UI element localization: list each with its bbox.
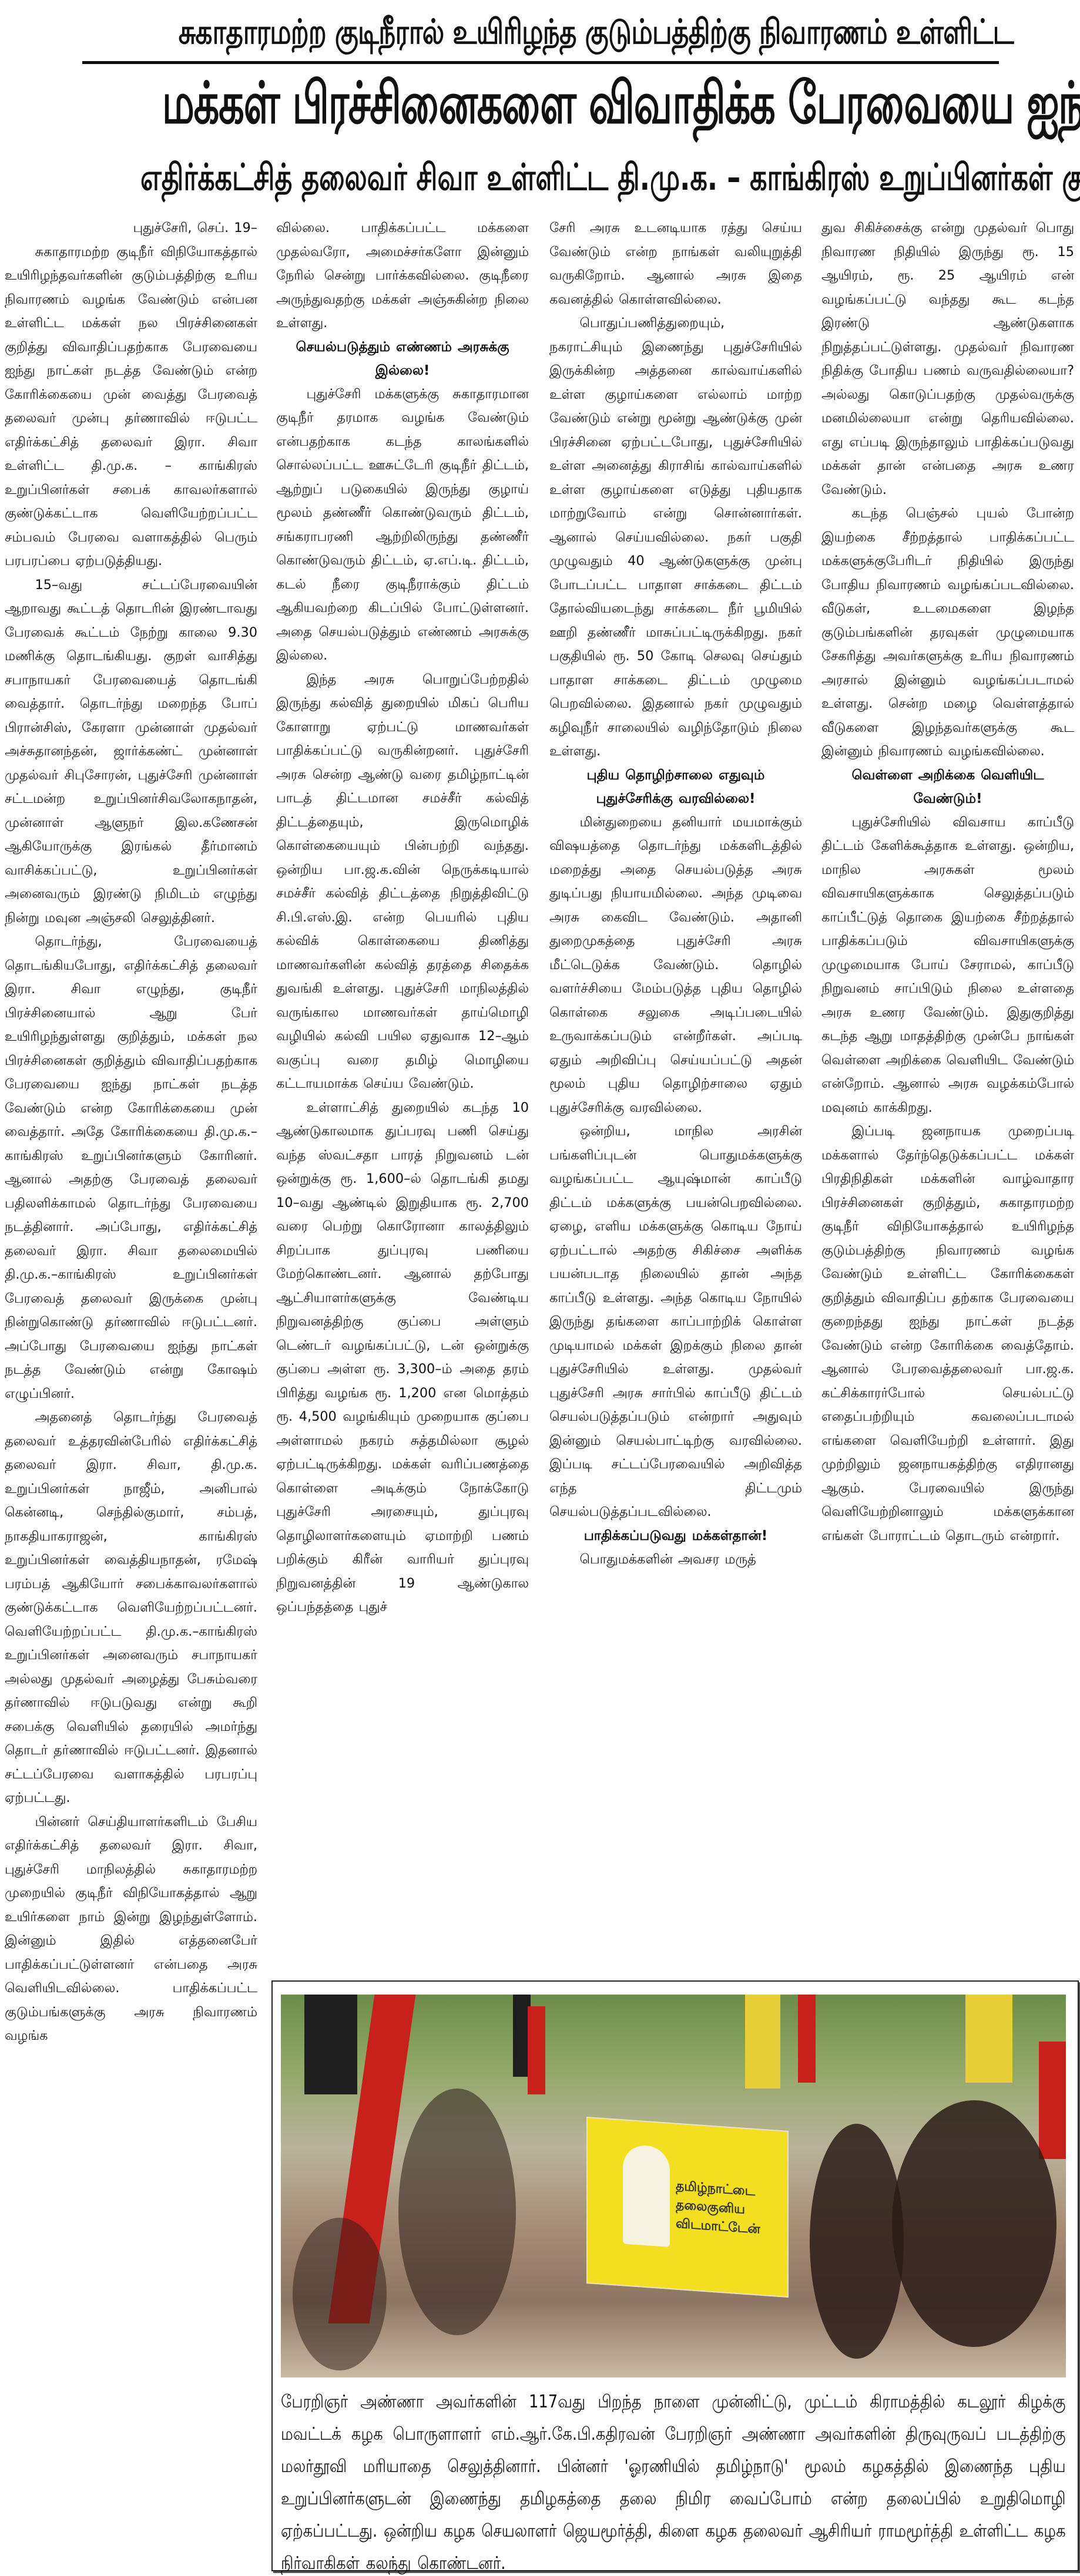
crowd-figure bbox=[293, 2218, 387, 2370]
paragraph: சுகாதாரமற்ற குடிநீர் விநியோகத்தால் உயிரி… bbox=[5, 240, 257, 573]
banner-text: தமிழ்நாட்டை தலைகுனிய விடமாட்டேன் bbox=[676, 2177, 787, 2241]
paragraph: மின்துறையை தனியார் மயமாக்கும் விஷயத்தை த… bbox=[549, 811, 802, 1120]
paragraph: இந்த அரசு பொறுப்பேற்றதில் இருந்து கல்வித… bbox=[276, 668, 529, 1096]
paragraph: 15–வது சட்டப்பேரவையின் ஆறாவது கூட்டத் தொ… bbox=[5, 573, 257, 930]
photo-feature-box: தமிழ்நாட்டை தலைகுனிய விடமாட்டேன் பேரறிஞர… bbox=[271, 1980, 1079, 2571]
crowd-figure bbox=[398, 2089, 516, 2335]
paragraph: உள்ளாட்சித் துறையில் கடந்த 10 ஆண்டுகாலமா… bbox=[276, 1096, 529, 1619]
paragraph: இப்படி ஜனநாயக முறைப்படி மக்களால் தேர்ந்த… bbox=[821, 1119, 1074, 1548]
article-headline: மக்கள் பிரச்சினைகளை விவாதிக்க பேரவையை ஐந… bbox=[162, 69, 918, 139]
article-column-4: துவ சிகிச்சைக்கு என்று முதல்வர் பொது நிவ… bbox=[821, 216, 1074, 1955]
event-photo: தமிழ்நாட்டை தலைகுனிய விடமாட்டேன் bbox=[281, 1995, 1066, 2377]
article-column-3: சேரி அரசு உடனடியாக ரத்து செய்ய வேண்டும் … bbox=[549, 216, 802, 1955]
paragraph: பொதுப்பணித்துறையும், நகராட்சியும் இணைந்த… bbox=[549, 311, 802, 764]
kicker-divider bbox=[82, 61, 999, 64]
article-column-1: புதுச்சேரி, செப். 19– சுகாதாரமற்ற குடிநீ… bbox=[5, 216, 257, 2571]
paragraph: பொதுமக்களின் அவசர மருத் bbox=[549, 1548, 802, 1572]
crowd-figure bbox=[810, 2124, 904, 2359]
photo-caption: பேரறிஞர் அண்ணா அவர்களின் 117வது பிறந்த ந… bbox=[281, 2386, 1066, 2576]
yellow-poster bbox=[745, 1995, 780, 2089]
paragraph: பின்னர் செய்தியாளர்களிடம் பேசிய எதிர்க்க… bbox=[5, 1810, 257, 2048]
article-column-2: வில்லை. பாதிக்கப்பட்ட மக்களை முதல்வரோ, அ… bbox=[276, 216, 529, 1955]
paragraph: புதுச்சேரி மக்களுக்கு சுகாதாரமான குடிநீர… bbox=[276, 382, 529, 668]
section-subheading: பாதிக்கப்படுவது மக்கள்தான்! bbox=[549, 1524, 802, 1548]
leader-portrait bbox=[623, 2144, 670, 2247]
dateline: புதுச்சேரி, செப். 19– bbox=[5, 216, 257, 240]
paragraph: கடந்த பெஞ்சல் புயல் போன்ற இயற்கை சீற்றத்… bbox=[821, 502, 1074, 764]
paragraph: வில்லை. பாதிக்கப்பட்ட மக்களை முதல்வரோ, அ… bbox=[276, 216, 529, 335]
party-flag bbox=[798, 1995, 816, 2083]
paragraph: தொடர்ந்து, பேரவையைத் தொடங்கியபோது, எதிர்… bbox=[5, 930, 257, 1405]
yellow-poster bbox=[965, 1995, 1012, 2083]
paragraph: ஒன்றிய, மாநில அரசின் பங்களிப்புடன் பொதும… bbox=[549, 1119, 802, 1524]
party-flag bbox=[528, 2006, 545, 2094]
article-subheadline: எதிர்க்கட்சித் தலைவர் சிவா உள்ளிட்ட தி.ம… bbox=[140, 156, 940, 199]
party-flag bbox=[1039, 2042, 1066, 2159]
section-subheading: வெள்ளை அறிக்கை வெளியிட வேண்டும்! bbox=[821, 764, 1074, 811]
party-flag bbox=[304, 1995, 357, 2094]
article-kicker: சுகாதாரமற்ற குடிநீரால் உயிரிழந்த குடும்ப… bbox=[179, 12, 903, 56]
paragraph: புதுச்சேரியில் விவசாய காப்பீடு திட்டம் க… bbox=[821, 811, 1074, 1120]
paragraph: சேரி அரசு உடனடியாக ரத்து செய்ய வேண்டும் … bbox=[549, 216, 802, 311]
section-subheading: செயல்படுத்தும் எண்ணம் அரசுக்கு இல்லை! bbox=[276, 335, 529, 382]
paragraph: துவ சிகிச்சைக்கு என்று முதல்வர் பொது நிவ… bbox=[821, 216, 1074, 502]
section-subheading: புதிய தொழிற்சாலை எதுவும் புதுச்சேரிக்கு … bbox=[549, 764, 802, 811]
paragraph: அதனைத் தொடர்ந்து பேரவைத் தலைவர் உத்தரவின… bbox=[5, 1405, 257, 1810]
party-banner: தமிழ்நாட்டை தலைகுனிய விடமாட்டேன் bbox=[586, 2117, 789, 2298]
crowd-figure bbox=[892, 2100, 1056, 2347]
